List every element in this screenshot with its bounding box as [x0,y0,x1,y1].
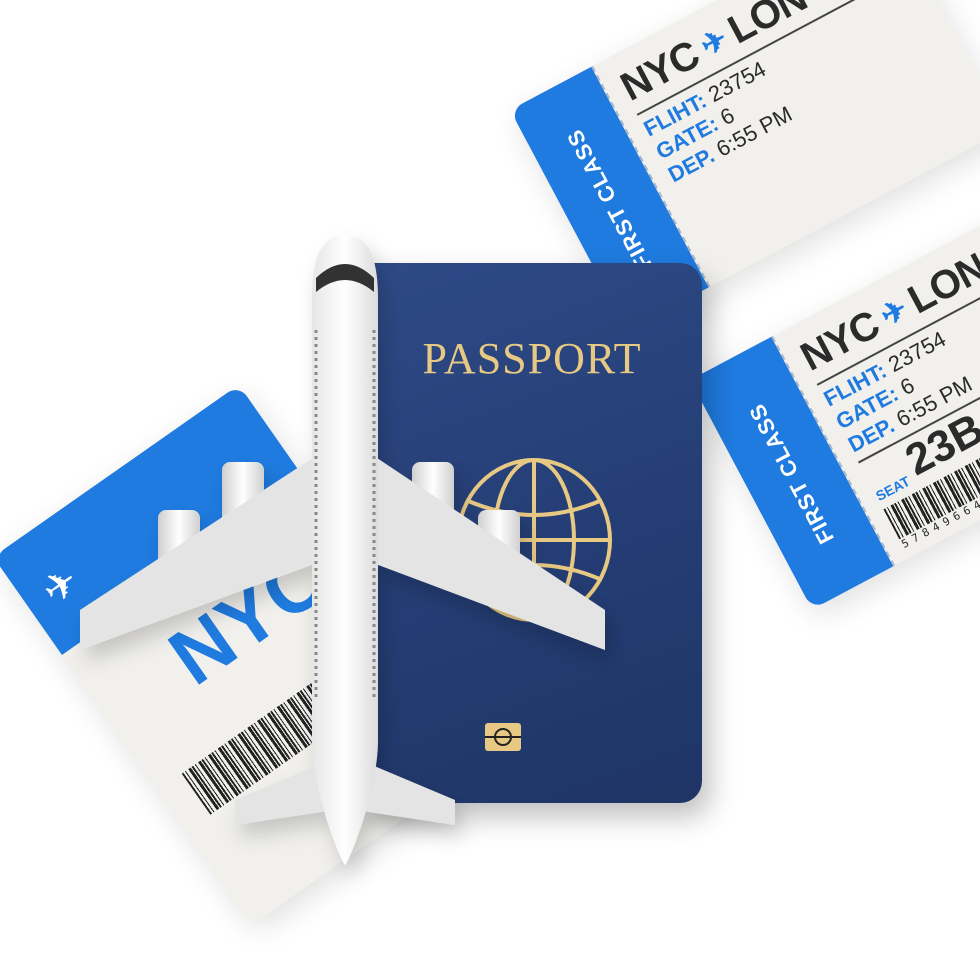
passport-title: PASSPORT [362,333,702,384]
airplane-icon: ✈ [875,292,913,334]
biometric-chip-icon [485,723,521,751]
airplane-icon: ✈ [695,22,733,64]
travel-scene: ✈ NYC FIRST CLASS NYC ✈ LON FLIHT:23754 … [0,0,980,980]
passport: PASSPORT [362,263,702,803]
globe-icon [454,455,614,625]
